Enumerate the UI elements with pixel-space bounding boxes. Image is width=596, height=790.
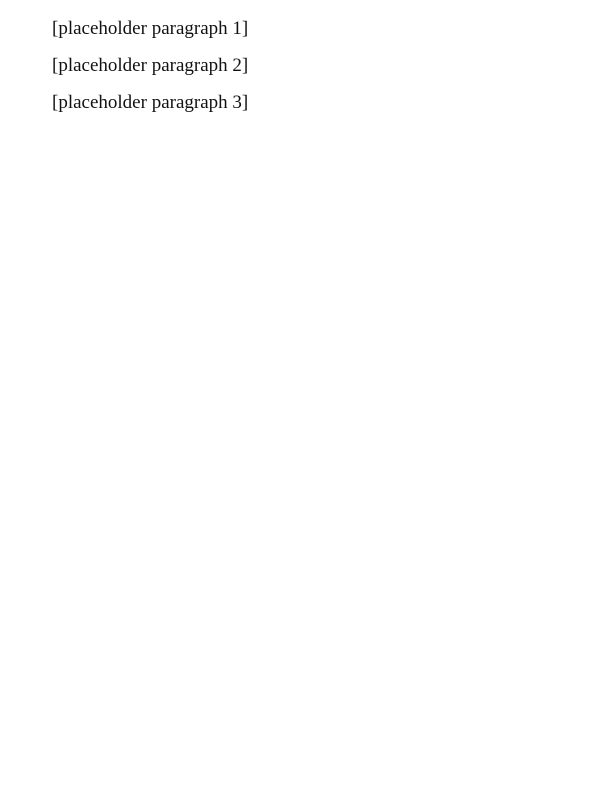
paragraph: [placeholder paragraph 2] <box>14 47 582 84</box>
paragraph: [placeholder paragraph 3] <box>14 84 582 121</box>
paragraph: [placeholder paragraph 1] <box>14 10 582 47</box>
document-page: [placeholder paragraph 1][placeholder pa… <box>0 0 596 131</box>
